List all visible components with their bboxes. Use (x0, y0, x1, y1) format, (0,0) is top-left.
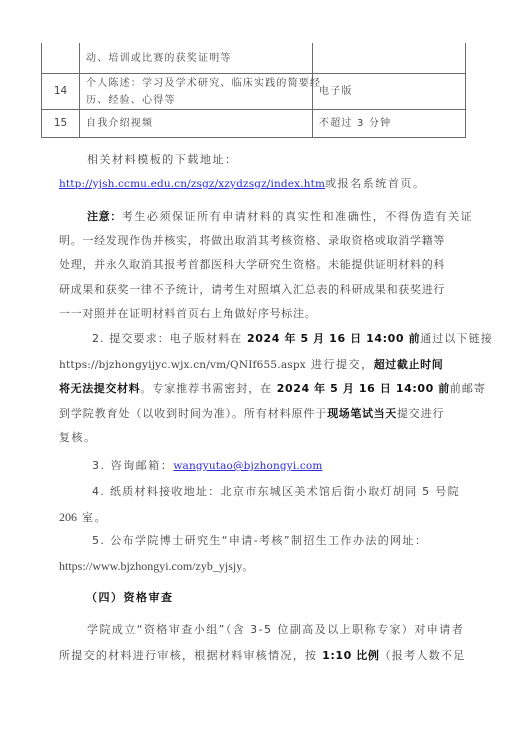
table-cell-item-line: 历、经验、心得等 (86, 92, 306, 109)
notice-label: 注意 (87, 210, 110, 223)
table-cell-format: 不超过 3 分钟 (313, 110, 466, 138)
item2-deadline: 2024 年 5 月 16 日 14:00 前 (277, 382, 450, 395)
item2-text: 到学院教育处（以收到时间为准）。所有材料原件于 (59, 407, 327, 420)
deadline-warning: 将无法提交材料 (59, 382, 140, 395)
item2-deadline: 2024 年 5 月 16 日 14:00 前 (247, 332, 420, 345)
policy-url[interactable]: https://www.bjzhongyi.com/zyb_yjsjy (59, 559, 242, 573)
contact-email-line: 3. 咨询邮箱：wangyutao@bjzhongyi.com (92, 459, 502, 473)
contact-email-link[interactable]: wangyutao@bjzhongyi.com (173, 460, 322, 472)
download-line: http://yjsh.ccmu.edu.cn/zsgz/xzydzsgz/in… (59, 177, 469, 191)
download-suffix: 或报名系统首页。 (325, 177, 425, 190)
submission-url-line: https://bjzhongyijyc.wjx.cn/vm/QNIf655.a… (59, 358, 469, 372)
table-cell-item: 自我介绍视频 (80, 110, 313, 138)
table-cell-number: 15 (42, 110, 80, 138)
mailing-address: 4. 纸质材料接收地址：北京市东城区美术馆后街小取灯胡同 5 号院 (92, 485, 502, 499)
table-row: 动、培训或比赛的获奖证明等 (42, 43, 466, 74)
notice-line: 明。一经发现作伪并核实，将做出取消其考核资格、录取资格或取消学籍等 (59, 234, 469, 248)
policy-url-line: https://www.bjzhongyi.com/zyb_yjsjy。 (59, 559, 469, 574)
ratio-text: 1:10 比例 (322, 649, 379, 662)
table-cell-item: 个人陈述：学习及学术研究、临床实践的简要经 历、经验、心得等 (80, 74, 313, 110)
notice-line: 一一对照并在证明材料首页右上角做好序号标注。 (59, 307, 469, 321)
table-cell-item-line: 个人陈述：学习及学术研究、临床实践的简要经 (86, 75, 306, 92)
section-paragraph-line: 所提交的材料进行审核，根据材料审核情况，按 1:10 比例（报考人数不足 (59, 649, 469, 663)
notice-line: 研成果和获奖一律不予统计，请考生对照填入汇总表的科研成果和获奖进行 (59, 283, 469, 297)
table-cell-item: 动、培训或比赛的获奖证明等 (80, 43, 313, 74)
item2-prefix: 2. 提交要求：电子版材料在 (92, 332, 247, 345)
item2-text: 进行提交， (306, 358, 374, 371)
notice-colon: ： (110, 210, 122, 223)
item2-text: 。专家推荐书需密封，在 (140, 382, 277, 395)
materials-table: 动、培训或比赛的获奖证明等 14 个人陈述：学习及学术研究、临床实践的简要经 历… (41, 43, 466, 138)
section-text: （报考人数不足 (380, 649, 466, 662)
notice-line: 处理，并永久取消其报考首都医科大学研究生资格。未能提供证明材料的科 (59, 258, 469, 272)
room-number: 206 (59, 510, 77, 524)
table-cell-number: 14 (42, 74, 80, 110)
mailing-address-line: 206 室。 (59, 510, 469, 525)
table-row: 14 个人陈述：学习及学术研究、临床实践的简要经 历、经验、心得等 电子版 (42, 74, 466, 110)
room-suffix: 室。 (77, 511, 107, 524)
table-cell-number (42, 43, 80, 74)
section-paragraph-line: 学院成立“资格审查小组”（含 3-5 位副高及以上职称专家）对申请者 (87, 623, 469, 637)
download-link[interactable]: http://yjsh.ccmu.edu.cn/zsgz/xzydzsgz/in… (59, 178, 325, 190)
notice-text: 考生必须保证所有申请材料的真实性和准确性，不得伪造有关证 (122, 210, 473, 223)
onsite-exam-day: 现场笔试当天 (327, 407, 397, 420)
contact-email-label: 3. 咨询邮箱： (92, 459, 173, 472)
item2-text: 前邮寄 (450, 382, 486, 395)
submission-line: 复核。 (59, 431, 469, 445)
item2-text: 提交进行 (397, 407, 445, 420)
submission-line: 将无法提交材料。专家推荐书需密封，在 2024 年 5 月 16 日 14:00… (59, 382, 469, 396)
submission-requirements: 2. 提交要求：电子版材料在 2024 年 5 月 16 日 14:00 前通过… (92, 332, 502, 346)
notice-line: 注意：考生必须保证所有申请材料的真实性和准确性，不得伪造有关证 (87, 210, 469, 224)
table-cell-format: 电子版 (313, 74, 466, 110)
policy-url-suffix: 。 (242, 560, 255, 573)
submission-line: 到学院教育处（以收到时间为准）。所有材料原件于现场笔试当天提交进行 (59, 407, 469, 421)
section-text: 所提交的材料进行审核，根据材料审核情况，按 (59, 649, 322, 662)
section-heading: （四）资格审查 (86, 591, 496, 605)
download-label: 相关材料模板的下载地址： (87, 153, 469, 167)
submission-url[interactable]: https://bjzhongyijyc.wjx.cn/vm/QNIf655.a… (59, 359, 306, 371)
table-row: 15 自我介绍视频 不超过 3 分钟 (42, 110, 466, 138)
section-heading-text: （四）资格审查 (86, 591, 174, 604)
table-cell-format (313, 43, 466, 74)
document-page: 动、培训或比赛的获奖证明等 14 个人陈述：学习及学术研究、临床实践的简要经 历… (0, 0, 525, 740)
item2-text: 通过以下链接 (420, 332, 493, 345)
deadline-warning: 超过截止时间 (374, 358, 444, 371)
policy-url-label: 5. 公布学院博士研究生“申请-考核”制招生工作办法的网址： (92, 534, 502, 548)
